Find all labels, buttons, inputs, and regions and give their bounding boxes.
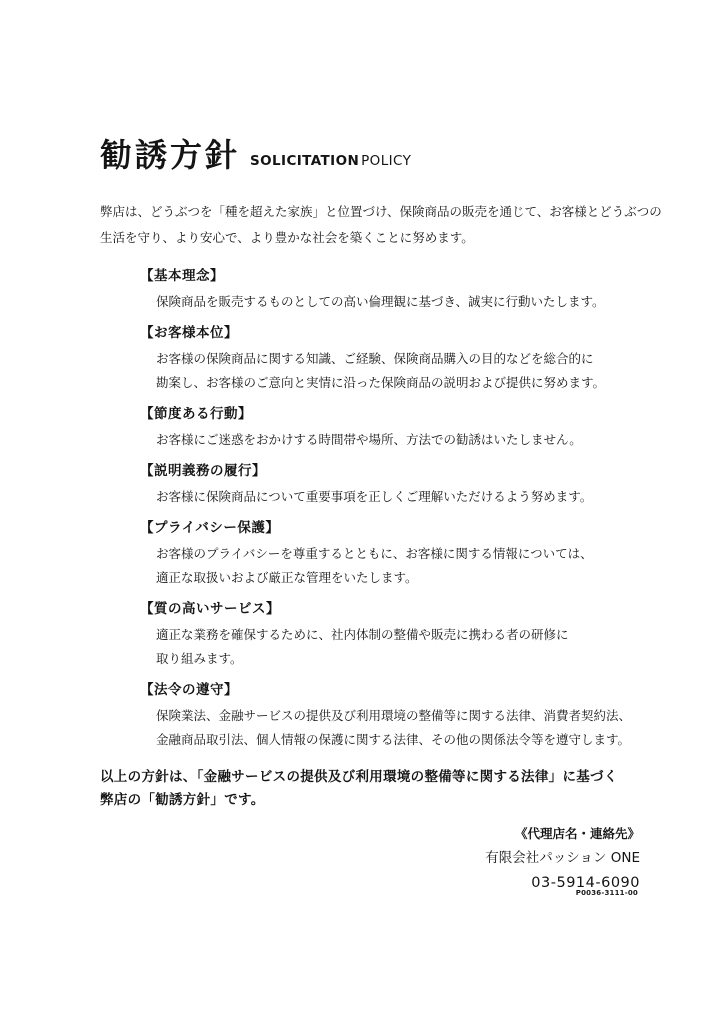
title-japanese: 勧誘方針 [100,138,240,173]
section-body: お客様の保険商品に関する知識、ご経験、保険商品購入の目的などを総合的に 勘案し、… [156,347,640,395]
page-title: 勧誘方針 SOLICITATIONPOLICY [100,138,640,173]
contact-label: 《代理店名・連絡先》 [100,822,640,846]
intro-paragraph: 弊店は、どうぶつを「種を超えた家族」と位置づけ、保険商品の販売を通じて、お客様と… [100,199,640,251]
policy-section-customer-first: 【お客様本位】 お客様の保険商品に関する知識、ご経験、保険商品購入の目的などを総… [140,324,640,395]
section-body: 保険業法、金融サービスの提供及び利用環境の整備等に関する法律、消費者契約法、 金… [156,704,640,752]
document-content: 勧誘方針 SOLICITATIONPOLICY 弊店は、どうぶつを「種を超えた家… [100,138,640,896]
section-body: 適正な業務を確保するために、社内体制の整備や販売に携わる者の研修に 取り組みます… [156,623,640,671]
section-body: お客様に保険商品について重要事項を正しくご理解いただけるよう努めます。 [156,485,640,509]
section-heading: 【お客様本位】 [140,324,640,343]
title-english-regular: POLICY [361,153,411,169]
title-english-bold: SOLICITATION [250,153,359,169]
closing-statement: 以上の方針は、「金融サービスの提供及び利用環境の整備等に関する法律」に基づく 弊… [100,766,640,812]
section-body: 保険商品を販売するものとしての高い倫理観に基づき、誠実に行動いたします。 [156,290,640,314]
document-form-code: P0036-3111-00 [576,889,638,897]
contact-company-name: 有限会社パッション ONE [100,846,640,871]
section-heading: 【説明義務の履行】 [140,462,640,481]
section-body: お客様にご迷惑をおかけする時間帯や場所、方法での勧誘はいたしません。 [156,428,640,452]
policy-section-moderate-conduct: 【節度ある行動】 お客様にご迷惑をおかけする時間帯や場所、方法での勧誘はいたしま… [140,405,640,452]
contact-block: 《代理店名・連絡先》 有限会社パッション ONE 03-5914-6090 [100,822,640,896]
section-heading: 【法令の遵守】 [140,681,640,700]
section-heading: 【プライバシー保護】 [140,519,640,538]
contact-phone-number: 03-5914-6090 [100,871,640,896]
title-english: SOLICITATIONPOLICY [250,153,411,173]
section-heading: 【質の高いサービス】 [140,600,640,619]
policy-section-quality-service: 【質の高いサービス】 適正な業務を確保するために、社内体制の整備や販売に携わる者… [140,600,640,671]
policy-section-duty-of-explanation: 【説明義務の履行】 お客様に保険商品について重要事項を正しくご理解いただけるよう… [140,462,640,509]
document-page: 勧誘方針 SOLICITATIONPOLICY 弊店は、どうぶつを「種を超えた家… [0,0,724,1024]
section-heading: 【基本理念】 [140,267,640,286]
policy-section-basic-principle: 【基本理念】 保険商品を販売するものとしての高い倫理観に基づき、誠実に行動いたし… [140,267,640,314]
policy-section-privacy-protection: 【プライバシー保護】 お客様のプライバシーを尊重するとともに、お客様に関する情報… [140,519,640,590]
policy-section-legal-compliance: 【法令の遵守】 保険業法、金融サービスの提供及び利用環境の整備等に関する法律、消… [140,681,640,752]
section-heading: 【節度ある行動】 [140,405,640,424]
section-body: お客様のプライバシーを尊重するとともに、お客様に関する情報については、 適正な取… [156,542,640,590]
